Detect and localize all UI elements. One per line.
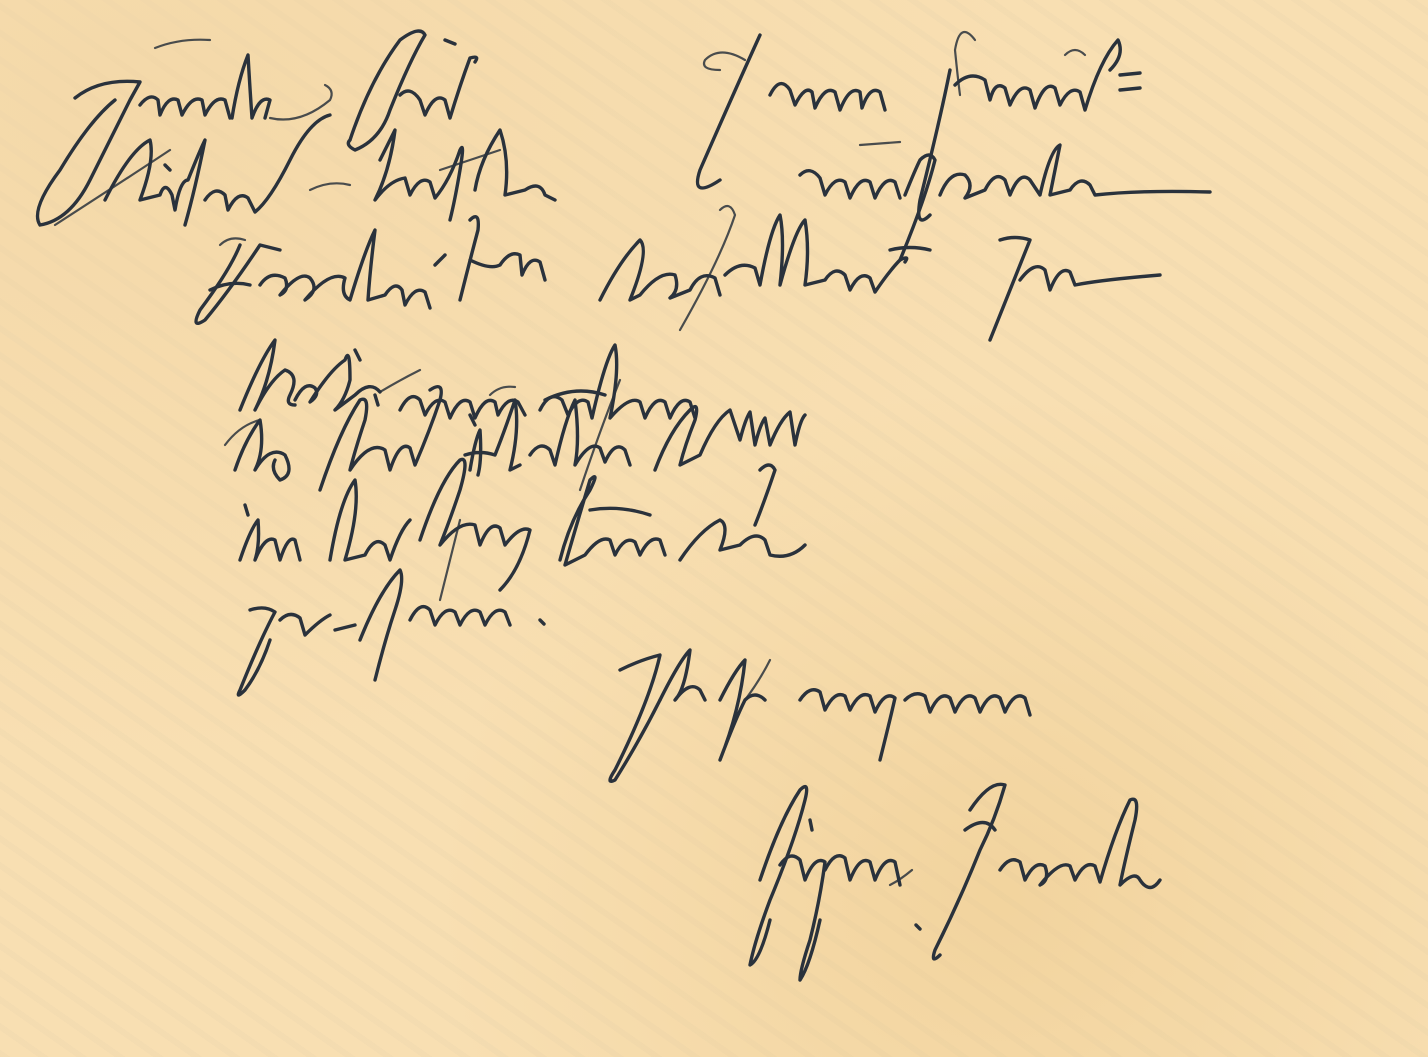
handwriting-strokes — [0, 0, 1428, 1057]
handwriting-line-7 — [238, 570, 544, 695]
handwriting-signature — [750, 784, 1160, 980]
handwriting-line-4 — [240, 340, 695, 490]
letter-page: zunächst für Ihren freund- lichen Vorsch… — [0, 0, 1428, 1057]
handwriting-closing — [610, 650, 1030, 781]
handwriting-line-3 — [196, 206, 1160, 340]
handwriting-line-2 — [55, 115, 1210, 260]
